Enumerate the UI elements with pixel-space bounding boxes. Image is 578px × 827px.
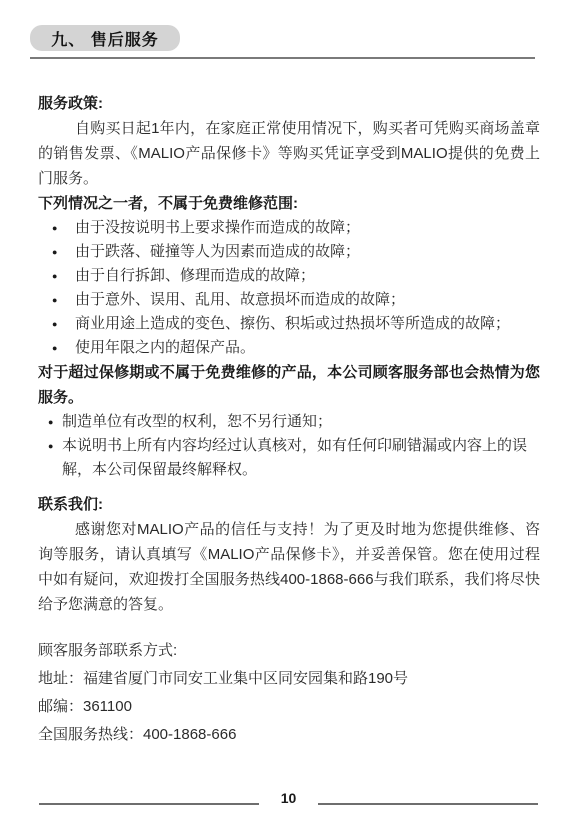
list-item: ●由于自行拆卸、修理而造成的故障； bbox=[38, 264, 540, 288]
bullet-icon: ● bbox=[48, 410, 53, 434]
page-footer: 10 bbox=[39, 797, 538, 811]
list-item: ●由于跌落、碰撞等人为因素而造成的故障； bbox=[38, 240, 540, 264]
policy-intro-paragraph: 自购买日起1年内，在家庭正常使用情况下，购买者可凭购买商场盖章的销售发票、《MA… bbox=[38, 116, 540, 191]
contact-details-block: 顾客服务部联系方式: 地址：福建省厦门市同安工业集中区同安园集和路190号 邮编… bbox=[38, 637, 540, 749]
bullet-icon: ● bbox=[52, 288, 57, 312]
bullet-icon: ● bbox=[52, 312, 57, 336]
paid-service-note: 对于超过保修期或不属于免费维修的产品，本公司顾客服务部也会热情为您服务。 bbox=[38, 360, 540, 410]
section-title-badge: 九、 售后服务 bbox=[30, 25, 180, 51]
contact-postcode: 邮编：361100 bbox=[38, 693, 540, 721]
bullet-icon: ● bbox=[48, 434, 53, 458]
contact-heading: 联系我们: bbox=[38, 492, 540, 517]
list-item: ●制造单位有改型的权利，恕不另行通知； bbox=[38, 410, 540, 434]
list-item: ●由于意外、误用、乱用、故意损坏而造成的故障； bbox=[38, 288, 540, 312]
bullet-icon: ● bbox=[52, 264, 57, 288]
bullet-icon: ● bbox=[52, 336, 57, 360]
contact-hotline: 全国服务热线：400-1868-666 bbox=[38, 721, 540, 749]
list-item-text: 商业用途上造成的变色、擦伤、积垢或过热损坏等所造成的故障； bbox=[75, 315, 510, 332]
list-item: ●本说明书上所有内容均经过认真核对，如有任何印刷错漏或内容上的误解，本公司保留最… bbox=[38, 434, 540, 482]
manual-page: 九、 售后服务 服务政策: 自购买日起1年内，在家庭正常使用情况下，购买者可凭购… bbox=[0, 0, 578, 827]
exclusions-list: ●由于没按说明书上要求操作而造成的故障； ●由于跌落、碰撞等人为因素而造成的故障… bbox=[38, 216, 540, 360]
list-item-text: 制造单位有改型的权利，恕不另行通知； bbox=[62, 413, 332, 430]
list-item-text: 本说明书上所有内容均经过认真核对，如有任何印刷错漏或内容上的误解，本公司保留最终… bbox=[62, 437, 527, 478]
list-item: ●由于没按说明书上要求操作而造成的故障； bbox=[38, 216, 540, 240]
list-item-text: 使用年限之内的超保产品。 bbox=[75, 339, 255, 356]
page-number: 10 bbox=[259, 791, 319, 805]
contact-address: 地址：福建省厦门市同安工业集中区同安园集和路190号 bbox=[38, 665, 540, 693]
exclusions-heading: 下列情况之一者，不属于免费维修范围: bbox=[38, 191, 540, 216]
page-content: 服务政策: 自购买日起1年内，在家庭正常使用情况下，购买者可凭购买商场盖章的销售… bbox=[38, 59, 540, 749]
bullet-icon: ● bbox=[52, 216, 57, 240]
policy-heading: 服务政策: bbox=[38, 91, 540, 116]
list-item-text: 由于意外、误用、乱用、故意损坏而造成的故障； bbox=[75, 291, 405, 308]
contact-department-heading: 顾客服务部联系方式: bbox=[38, 637, 540, 665]
footer-rule-left bbox=[39, 803, 259, 805]
bullet-icon: ● bbox=[52, 240, 57, 264]
list-item-text: 由于自行拆卸、修理而造成的故障； bbox=[75, 267, 315, 284]
list-item: ●使用年限之内的超保产品。 bbox=[38, 336, 540, 360]
section-title: 九、 售后服务 bbox=[51, 27, 158, 50]
list-item: ●商业用途上造成的变色、擦伤、积垢或过热损坏等所造成的故障； bbox=[38, 312, 540, 336]
contact-paragraph: 感谢您对MALIO产品的信任与支持！为了更及时地为您提供维修、咨询等服务，请认真… bbox=[38, 517, 540, 617]
footer-rule-right bbox=[318, 803, 538, 805]
list-item-text: 由于没按说明书上要求操作而造成的故障； bbox=[75, 219, 360, 236]
notes-list: ●制造单位有改型的权利，恕不另行通知； ●本说明书上所有内容均经过认真核对，如有… bbox=[38, 410, 540, 482]
list-item-text: 由于跌落、碰撞等人为因素而造成的故障； bbox=[75, 243, 360, 260]
